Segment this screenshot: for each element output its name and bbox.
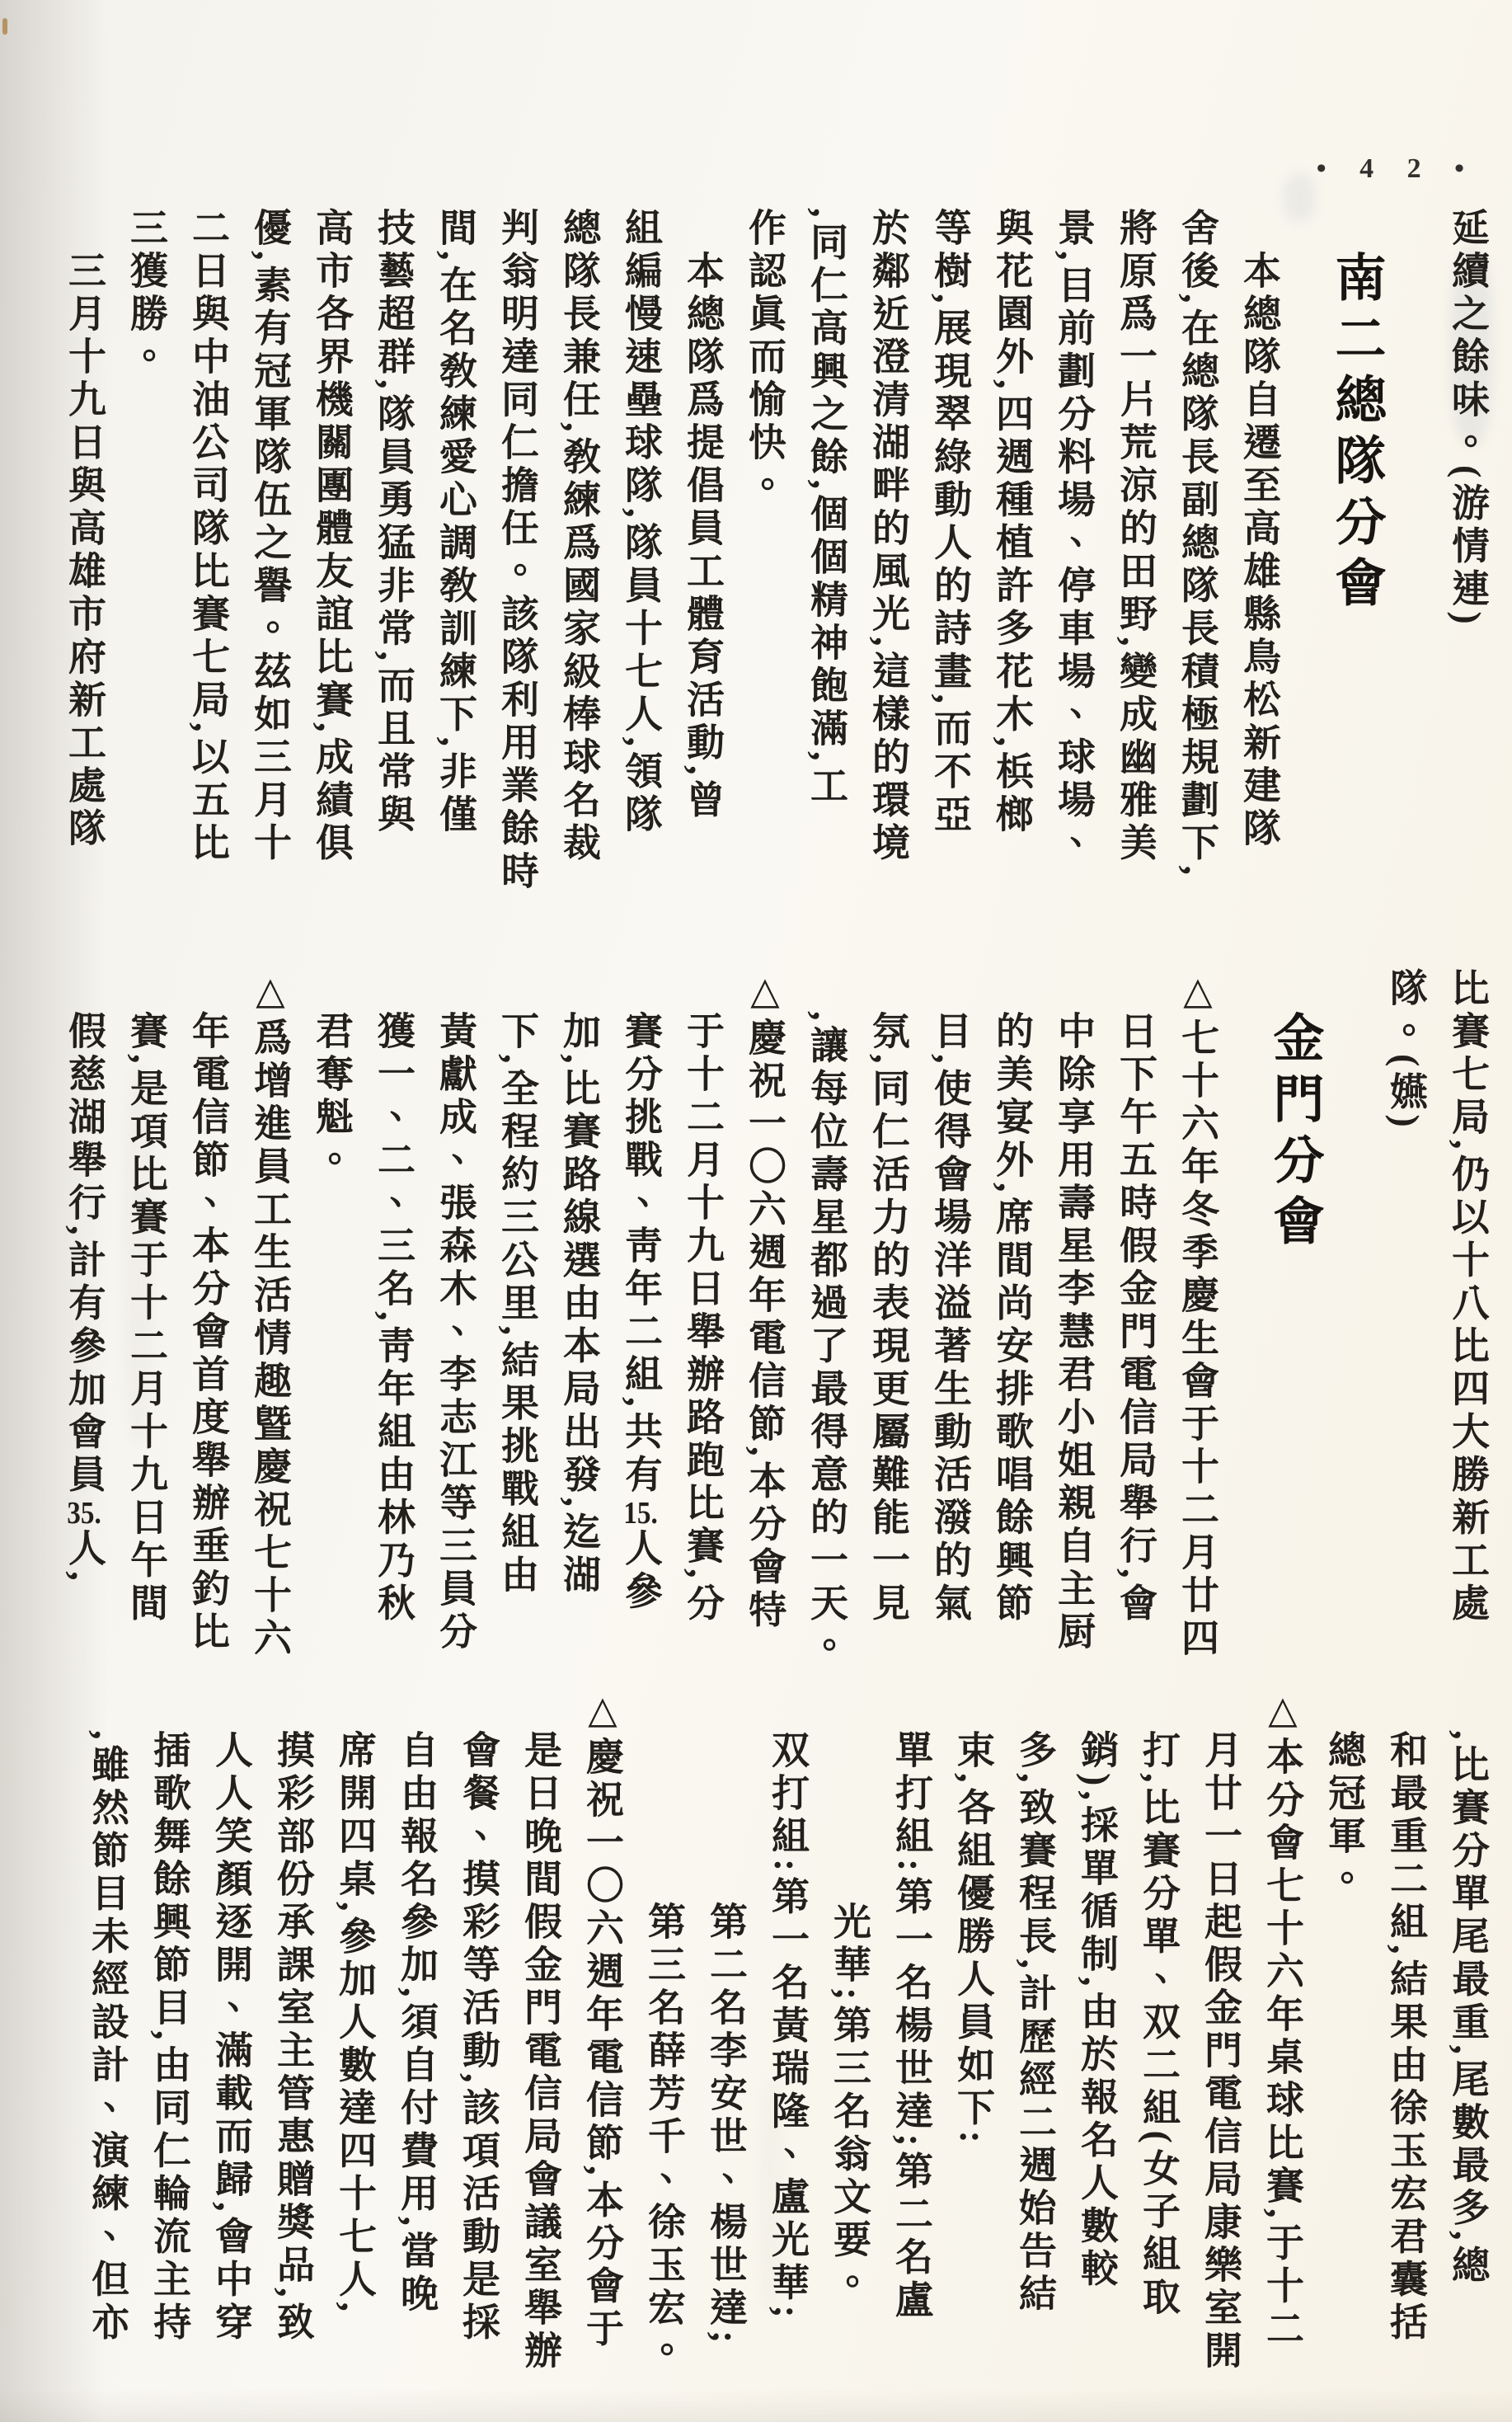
text-column: 打,比賽分單、双二組(女子組取: [1128, 1687, 1190, 2320]
text-column: 二日與中油公司隊比賽七局,以五比: [177, 208, 239, 866]
text-column: ,同仁高興之餘,個個精神飽滿,工: [796, 208, 857, 809]
text-column: 目,使得會場洋溢著生動活潑的氣: [919, 968, 981, 1626]
text-column: 光華;第三名翁文要。: [819, 1687, 880, 2305]
text-column: 本總隊自遷至高雄縣鳥松新建隊: [1228, 208, 1290, 851]
text-column: △慶祝一〇六週年電信節,本分會于: [571, 1687, 633, 2352]
text-column: 總冠軍。: [1313, 1687, 1375, 1902]
text-column: 氛,同仁活力的表現更屬難能一見: [857, 968, 919, 1626]
text-column: ,雖然節目未經設計、演練、但亦: [77, 1687, 139, 2345]
section-heading: 南二總隊分會: [1303, 208, 1408, 617]
text-column: 高市各界機關團體友誼比賽,成績俱: [301, 208, 363, 866]
text-column: 總隊長兼任,敎練爲國家級棒球名裁: [548, 208, 610, 866]
text-column: 將原爲一片荒涼的田野,變成幽雅美: [1105, 208, 1167, 866]
text-column: 摸彩部份承課室主管惠贈獎品,致: [262, 1687, 324, 2345]
text-column: 會餐、摸彩等活動,該項活動是採: [448, 1687, 509, 2345]
text-column: ,比賽分單尾最重,尾數最多,總: [1437, 1687, 1499, 2288]
text-column: 月廿一日起假金門電信局康樂室開: [1190, 1687, 1251, 2373]
page-number: • 4 2 •: [1317, 153, 1477, 185]
text-column: 三獲勝。: [115, 208, 177, 379]
text-column: 自由報名參加,須自付費用,當晚: [386, 1687, 448, 2316]
text-column: 景,目前劃分料場、停車場、球場、: [1043, 208, 1105, 866]
text-column: 加,比賽路線選由本局出發,迄湖: [548, 968, 610, 1597]
text-column: 等樹,展現翠綠動人的詩畫,而不亞: [919, 208, 981, 837]
text-column: 席開四桌,參加人數達四十七人,: [324, 1687, 386, 2316]
text-column: △慶祝一〇六週年電信節,本分會特: [734, 968, 796, 1633]
text-column: 第二名李安世、楊世達;: [695, 1687, 757, 2348]
text-column: 第三名薛芳千、徐玉宏。: [633, 1687, 695, 2373]
text-column: 多,致賽程長,計歷經二週始告結: [1004, 1687, 1066, 2316]
text-column: △本分會七十六年桌球比賽,于十二: [1251, 1687, 1313, 2352]
section-heading: 金門分會: [1241, 968, 1346, 1255]
text-column: 三月十九日與高雄市府新工處隊: [54, 208, 115, 851]
text-column: 單打組:第一名楊世達;第二名盧: [880, 1687, 942, 2323]
scan-speck: [2, 18, 7, 35]
text-column: 束,各組優勝人員如下:: [942, 1687, 1004, 2148]
text-column: 獲一、二、三名,靑年組由林乃秋: [363, 968, 425, 1626]
text-column: 双打組:第一名黃瑞隆、盧光華;: [757, 1687, 819, 2323]
section-kinmen-branch: 比賽七局,仍以十八比四大勝新工處隊。(嬿)金門分會△七十六年冬季慶生會于十二月廿…: [48, 968, 1499, 1669]
text-column: 賽分挑戰、靑年二組,共有15.人參: [610, 968, 672, 1614]
text-column: 間,在名敎練愛心調敎訓練下,非僅: [425, 208, 486, 837]
text-column: 延續之餘味。(游情連): [1437, 208, 1499, 629]
text-column: 下,全程約三公里,結果挑戰組由: [486, 968, 548, 1597]
text-column: 判翁明達同仁擔任。該隊利用業餘時: [486, 208, 548, 894]
text-column: 與花園外,四週種植許多花木,梹榔: [981, 208, 1043, 837]
text-column: 年電信節、本分會首度舉辦垂釣比: [177, 968, 239, 1654]
section-kinmen-branch-continued: ,比賽分單尾最重,尾數最多,總和最重二組,結果由徐玉宏君囊括總冠軍。△本分會七十…: [48, 1687, 1499, 2373]
scanned-page: • 4 2 • 延續之餘味。(游情連)南二總隊分會本總隊自遷至高雄縣鳥松新建隊舍…: [0, 0, 1512, 2422]
text-column: △七十六年冬季慶生會于十二月廿四: [1167, 968, 1228, 1661]
text-column: △爲增進員工生活情趣曁慶祝七十六: [239, 968, 301, 1661]
text-column: 技藝超群,隊員勇猛非常,而且常與: [363, 208, 425, 837]
text-column: 中除享用壽星李慧君小姐親自主厨: [1043, 968, 1105, 1654]
text-column: 于十二月十九日舉辦路跑比賽,分: [672, 968, 734, 1626]
text-column: 假慈湖舉行,計有參加會員35.人,: [54, 968, 115, 1586]
text-column: 黃獻成、張森木、李志江等三員分: [425, 968, 486, 1654]
text-column: 人人笑顏逐開、滿載而歸,會中穿: [200, 1687, 262, 2345]
text-column: 插歌舞餘興節目,由同仁輪流主持: [139, 1687, 200, 2345]
scan-edge-shadow-bottom: [0, 2389, 1512, 2422]
text-column: 銷),採單循制,由於報名人數較: [1066, 1687, 1128, 2291]
text-column: 是日晚間假金門電信局會議室舉辦: [509, 1687, 571, 2373]
text-column: 本總隊爲提倡員工體育活動,曾: [672, 208, 734, 823]
section-south-2-general-team-branch: 延續之餘味。(游情連)南二總隊分會本總隊自遷至高雄縣鳥松新建隊舍後,在總隊長副總…: [48, 208, 1499, 894]
text-column: 君奪魁。: [301, 968, 363, 1183]
text-column: 賽,是項比賽于十二月十九日午間: [115, 968, 177, 1626]
text-column: ,讓每位壽星都過了最得意的一天。: [796, 968, 857, 1669]
text-column: 優,素有冠軍隊伍之譽。茲如三月十: [239, 208, 301, 866]
text-column: 比賽七局,仍以十八比四大勝新工處: [1437, 968, 1499, 1626]
text-column: 的美宴外,席間尚安排歌唱餘興節: [981, 968, 1043, 1626]
text-column: 日下午五時假金門電信局舉行,會: [1105, 968, 1167, 1626]
text-column: 作認眞而愉快。: [734, 208, 796, 508]
text-column: 隊。(嬿): [1375, 968, 1437, 1132]
text-column: 舍後,在總隊長副總隊長積極規劃下,: [1167, 208, 1228, 880]
text-column: 和最重二組,結果由徐玉宏君囊括: [1375, 1687, 1437, 2345]
text-column: 組編慢速壘球隊,隊員十七人,領隊: [610, 208, 672, 837]
text-column: 於鄰近澄清湖畔的風光,這樣的環境: [857, 208, 919, 866]
